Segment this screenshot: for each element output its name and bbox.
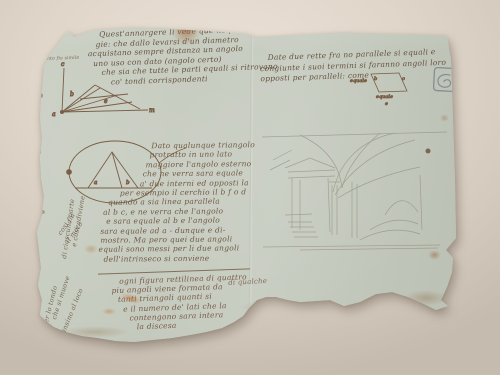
circle-label-b: b [126,180,130,186]
paper-shadow-wrap: Quest'annargere li vede que ne posta ma-… [0,0,500,375]
diagram-layer: c b a m e a b [0,0,500,375]
parallelogram-diagram: equale b c equale e [350,73,407,107]
circle-triangle-diagram: a b [67,141,186,203]
para-label-c: c [402,76,405,82]
collector-stamp-icon [433,67,456,91]
photograph-of-manuscript: Quest'annargere li vede que ne posta ma-… [0,0,500,375]
ink-blot [426,149,431,154]
geo-label-a: a [52,111,56,118]
edge-speck [37,150,41,154]
edge-speck [36,262,40,266]
geo-label-e: e [104,98,108,105]
manuscript-paper: Quest'annargere li vede que ne posta ma-… [0,0,500,375]
para-label-e: e [385,101,388,107]
architectural-vault-sketch [262,132,447,250]
para-label-b: b [374,76,377,82]
geo-label-b: b [70,91,74,98]
geometry-fan-diagram: c b a m e [52,61,155,118]
small-stain [163,8,175,20]
circle-label-a: a [94,180,97,186]
geo-label-m: m [149,107,155,114]
para-label-equale-left: equale [350,78,367,84]
geo-label-c: c [61,61,65,68]
para-label-equale-bottom: equale [376,94,393,100]
